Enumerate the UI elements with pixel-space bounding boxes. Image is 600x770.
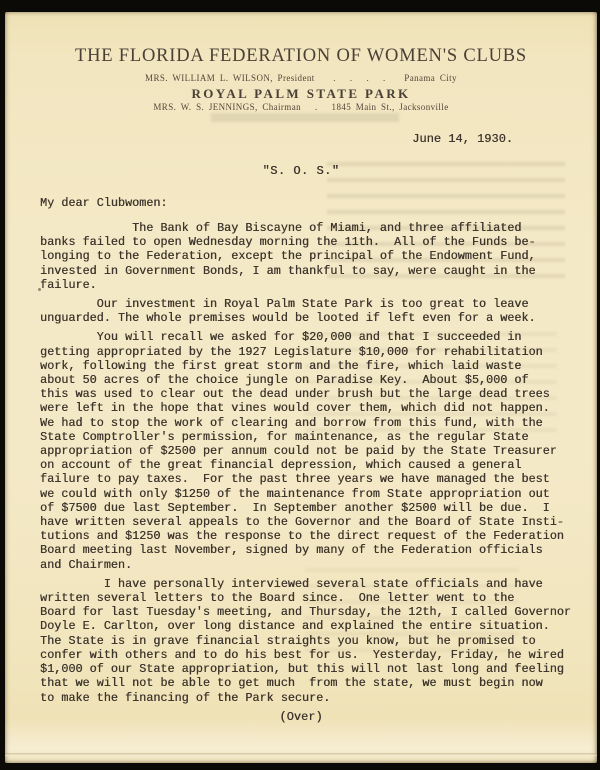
typed-line: Board for last Tuesday's meeting, and Th…	[40, 605, 587, 619]
subject-line: "S. O. S."	[5, 164, 597, 178]
typed-line: $1,000 of our State appropriation, but t…	[40, 662, 587, 676]
typed-line: have written several appeals to the Gove…	[40, 515, 587, 529]
typed-line: The State is in grave financial straight…	[40, 634, 587, 648]
paragraph: You will recall we asked for $20,000 and…	[40, 330, 587, 571]
typed-line: failure.	[40, 278, 587, 292]
typed-line: I have personally interviewed several st…	[40, 577, 587, 591]
typed-line: to make the financing of the Park secure…	[40, 691, 587, 705]
typed-line: The Bank of Bay Biscayne of Miami, and t…	[40, 221, 587, 235]
letter-date: June 14, 1930.	[412, 132, 513, 146]
typed-line: unguarded. The whole premises would be l…	[40, 311, 587, 325]
typed-line: Doyle E. Carlton, over long distance and…	[40, 619, 587, 633]
over-note: (Over)	[5, 710, 597, 724]
typed-line: State Comptroller's permission, for main…	[40, 430, 587, 444]
organization-title: THE FLORIDA FEDERATION OF WOMEN'S CLUBS	[5, 46, 597, 67]
typed-line: confer with others and to do his best fo…	[40, 648, 587, 662]
ink-bleedthrough-texture	[211, 113, 399, 122]
paragraph: Our investment in Royal Palm State Park …	[40, 297, 587, 325]
typed-line: of $7500 due last September. In Septembe…	[40, 501, 587, 515]
typed-line: and Chairmen.	[40, 558, 587, 572]
letter-page: THE FLORIDA FEDERATION OF WOMEN'S CLUBS …	[5, 12, 597, 763]
typed-line: invested in Government Bonds, I am thank…	[40, 264, 587, 278]
typed-line: tutions and $1250 was the response to th…	[40, 529, 587, 543]
typed-line: about 50 acres of the choice jungle on P…	[40, 373, 587, 387]
typed-line: we could with only $1250 of the maintena…	[40, 487, 587, 501]
typed-line: You will recall we asked for $20,000 and…	[40, 330, 587, 344]
typed-line: this was used to clear out the dead unde…	[40, 387, 587, 401]
typed-line: getting appropriated by the 1927 Legisla…	[40, 345, 587, 359]
park-title: ROYAL PALM STATE PARK	[5, 86, 597, 102]
chairman-line: MRS. W. S. JENNINGS, Chairman . 1845 Mai…	[5, 102, 597, 112]
typed-line: failure to pay taxes. For the past three…	[40, 472, 587, 486]
typed-line: appropriation of $2500 per annum could n…	[40, 444, 587, 458]
letter-body: The Bank of Bay Biscayne of Miami, and t…	[40, 221, 587, 710]
paragraph: The Bank of Bay Biscayne of Miami, and t…	[40, 221, 587, 292]
typed-line: Board meeting last November, signed by m…	[40, 543, 587, 557]
typed-line: written several letters to the Board sin…	[40, 591, 587, 605]
typed-line: banks failed to open Wednesday morning t…	[40, 235, 587, 249]
paper-fold-line	[5, 753, 597, 756]
typed-line: Our investment in Royal Palm State Park …	[40, 297, 587, 311]
president-line: MRS. WILLIAM L. WILSON, President . . . …	[5, 73, 597, 83]
typed-line: longing to the Federation, except the pr…	[40, 249, 587, 263]
paragraph: I have personally interviewed several st…	[40, 577, 587, 705]
typed-line: that we will not be able to get much fro…	[40, 676, 587, 690]
typed-line: work, following the first great storm an…	[40, 359, 587, 373]
typed-line: We had to stop the work of clearing and …	[40, 416, 587, 430]
salutation: My dear Clubwomen:	[40, 196, 167, 210]
typed-line: on account of the great financial depres…	[40, 458, 587, 472]
typed-line: were left in the hope that vines would c…	[40, 401, 587, 415]
